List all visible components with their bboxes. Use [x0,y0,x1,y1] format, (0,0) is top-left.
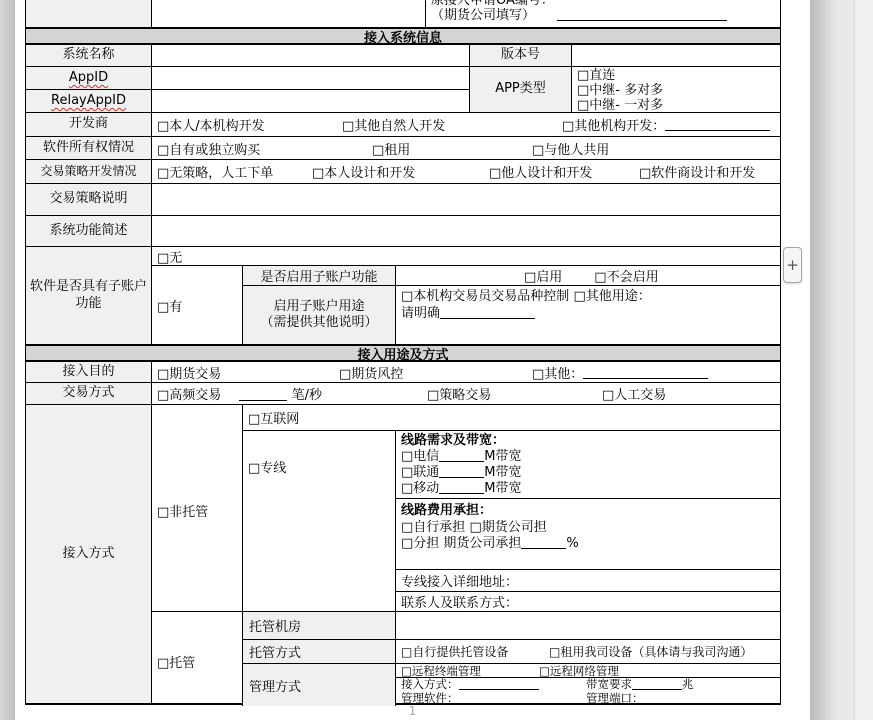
checkbox-internet[interactable]: □互联网 [243,405,780,430]
appid-label: AppID [69,70,108,86]
bandwidth-title: 线路需求及带宽： [401,433,780,449]
system-name-label: 系统名称 [26,45,151,66]
subaccount-enable-row: 是否启用子账户功能 □启用 □不会启用 [243,266,780,286]
leased-address-cell[interactable]: 专线接入详细地址： [396,570,780,592]
checkbox-trader-product-control[interactable]: □本机构交易员交易品种控制 [401,288,569,305]
subaccount-content: □无 □有 是否启用子账户功能 □启用 □不会启用 [151,247,780,344]
purpose-label-line2: （需提供其他说明） [260,315,377,331]
checkbox-leased-line[interactable]: □专线 [243,431,395,611]
blank-line[interactable] [439,449,484,462]
document-viewer: 原接入申请OA编号： （期货公司填写） 接入系统信息 系统名称 版本号 [0,0,873,720]
ownership-label: 软件所有权情况 [26,137,151,159]
cost-cell: 线路费用承担： □自行承担 □期货公司担 □分担 期货公司承担% [396,499,780,570]
bandwidth-unit: M带宽 [484,465,521,480]
blank-line[interactable] [439,481,484,494]
row-strategy-desc: 交易策略说明 [26,184,780,216]
checkbox-subaccount-has[interactable]: □有 [152,266,242,344]
trade-mode-options: □高频交易 笔/秒 □策略交易 □人工交易 [151,383,780,404]
prev-empty-cell[interactable] [151,0,425,27]
hosting-room-row: 托管机房 [243,612,780,640]
mgmt-bandwidth-label: 带宽要求 [586,677,632,691]
contact-cell[interactable]: 联系人及联系方式： [396,592,780,611]
enable-options-cell: □启用 □不会启用 [395,266,780,285]
subaccount-purpose-row: 启用子账户用途 （需提供其他说明） □本机构交易员交易品种控制 □其他用途： 请… [243,286,780,344]
version-label: 版本号 [469,45,571,66]
checkbox-other-purpose[interactable]: □其他用途： [573,288,650,305]
checkbox-strategy-trading[interactable]: □策略交易 [427,384,602,403]
appid-value-cell[interactable] [151,67,469,89]
strategy-desc-label: 交易策略说明 [26,184,151,215]
checkbox-other-org-developed[interactable]: □其他机构开发： [562,115,665,134]
hosting-mode-label: 托管方式 [243,640,395,663]
access-purpose-label: 接入目的 [26,362,151,382]
mgmt-software-label: 管理软件： [401,691,459,705]
leased-line-detail: 线路需求及带宽： □电信M带宽 □联通M带宽 □移动M带宽 线路费用承担： □自… [395,431,780,611]
management-mode-label: 管理方式 [243,664,395,706]
internet-row: □互联网 [243,405,780,431]
checkbox-futures-risk-control[interactable]: □期货风控 [339,363,532,382]
contact-label: 联系人及联系方式： [401,592,518,611]
checkbox-self-bear[interactable]: □自行承担 [401,520,465,537]
appid-subrows: AppID RelayAppID [26,67,469,112]
relayappid-label: RelayAppID [51,93,126,109]
subaccount-detail: 是否启用子账户功能 □启用 □不会启用 启用子账户用途 （需提供其他说明） [242,266,780,344]
relayappid-label-cell: RelayAppID [26,90,151,112]
row-relayappid: RelayAppID [26,90,469,112]
hosting-mode-options: □自行提供托管设备 □租用我司设备（具体请与我司沟通） [395,640,780,663]
checkbox-self-developed[interactable]: □本人/本机构开发 [157,115,342,134]
document-page: 原接入申请OA编号： （期货公司填写） 接入系统信息 系统名称 版本号 [15,0,810,720]
row-appid-block: AppID RelayAppID APP类型 □直连 □中继- 多对多 [26,67,780,113]
mgmt-bandwidth-unit: 兆 [682,677,694,691]
developer-options-cell: □本人/本机构开发 □其他自然人开发 □其他机构开发： [151,113,780,136]
checkbox-non-hosted[interactable]: □非托管 [152,405,242,611]
checkbox-rent-equipment[interactable]: □租用我司设备（具体请与我司沟通） [549,643,752,660]
checkbox-high-frequency[interactable]: □高频交易 笔/秒 [157,384,427,403]
developer-label: 开发商 [26,113,151,136]
management-access-line: 接入方式： 带宽要求兆 [396,678,780,690]
please-specify-label: 请明确 [401,306,440,321]
version-value-cell[interactable] [571,45,780,66]
system-name-value-cell[interactable] [151,45,469,66]
checkbox-unicom[interactable]: □联通 [401,465,439,481]
row-access-mode: 接入方式 □非托管 □互联网 □专线 [26,405,780,703]
apptype-options-cell: □直连 □中继- 多对多 □中继- 一对多 [571,67,780,112]
hosted-section: □托管 托管机房 托管方式 □自行提供托管设备 □租用我司设备（具体请与我司沟通 [152,612,780,706]
checkbox-other-purpose[interactable]: □其他： [532,363,583,382]
checkbox-no-strategy[interactable]: □无策略，人工下单 [157,162,312,181]
apptype-label: APP类型 [469,67,571,112]
section-title: 接入系统信息 [364,27,442,46]
mgmt-port-label: 管理端口： [586,691,644,705]
access-purpose-options: □期货交易 □期货风控 □其他： [151,362,780,382]
non-hosted-section: □非托管 □互联网 □专线 线路需求及带宽： □电信M带宽 [152,405,780,612]
add-row-button[interactable]: + [783,247,802,283]
checkbox-strategy-self-designed[interactable]: □本人设计和开发 [312,162,489,181]
row-system-function: 系统功能简述 [26,216,780,247]
blank-line[interactable] [644,694,704,704]
checkbox-shared[interactable]: □与他人共用 [532,139,609,158]
prev-label-cell[interactable] [26,0,151,27]
checkbox-rented[interactable]: □租用 [372,139,532,158]
row-subaccount: 软件是否具有子账户功能 □无 □有 是否启用子账户功能 □启用 □不会启用 [26,247,780,344]
system-function-label: 系统功能简述 [26,216,151,246]
row-strategy-dev: 交易策略开发情况 □无策略，人工下单 □本人设计和开发 □他人设计和开发 □软件… [26,160,780,184]
hosting-room-label: 托管机房 [243,612,395,639]
blank-line[interactable] [521,536,566,549]
leased-line-row: □专线 线路需求及带宽： □电信M带宽 □联通M带宽 □移动M带宽 [243,431,780,611]
section-title: 接入用途及方式 [357,344,448,363]
checkbox-own-equipment[interactable]: □自行提供托管设备 [401,643,549,660]
trade-mode-label: 交易方式 [26,383,151,404]
non-hosted-detail: □互联网 □专线 线路需求及带宽： □电信M带宽 □联通M带宽 □移动M带宽 [242,405,780,611]
subaccount-has-row: □有 是否启用子账户功能 □启用 □不会启用 [152,266,780,344]
leased-address-label: 专线接入详细地址： [401,571,518,590]
page-left-margin [0,0,15,720]
oa-number-label: 原接入申请OA编号： [431,0,780,8]
access-mode-content: □非托管 □互联网 □专线 线路需求及带宽： □电信M带宽 [151,405,780,703]
strategy-dev-label: 交易策略开发情况 [26,160,151,183]
checkbox-futures-trading[interactable]: □期货交易 [157,363,339,382]
page-right-shadow [810,0,838,720]
mgmt-access-label: 接入方式： [401,677,459,691]
access-mode-label: 接入方式 [26,405,151,703]
hosted-detail: 托管机房 托管方式 □自行提供托管设备 □租用我司设备（具体请与我司沟通） [242,612,780,706]
appid-label-cell: AppID [26,67,151,89]
cost-title: 线路费用承担： [401,503,780,520]
checkbox-shared-cost[interactable]: □分担 期货公司承担 [401,536,521,553]
blank-line[interactable] [440,306,535,319]
previous-row-partial: 原接入申请OA编号： （期货公司填写） [26,0,780,27]
management-mode-row: 管理方式 □远程终端管理 □远程网络管理 接入方式： [243,664,780,706]
checkbox-hosted[interactable]: □托管 [152,612,242,706]
relayappid-value-cell[interactable] [151,90,469,112]
checkbox-strategy-others-designed[interactable]: □他人设计和开发 [489,162,639,181]
checkbox-relay-many-to-many[interactable]: □中继- 多对多 [577,83,663,98]
blank-line[interactable] [557,8,727,21]
system-function-value-cell[interactable] [151,216,780,246]
row-access-purpose: 接入目的 □期货交易 □期货风控 □其他： [26,362,780,383]
section-header-usage: 接入用途及方式 [26,344,780,362]
row-appid: AppID [26,67,469,90]
enable-subaccount-label: 是否启用子账户功能 [243,266,395,285]
blank-line[interactable] [632,680,682,690]
strategy-dev-options-cell: □无策略，人工下单 □本人设计和开发 □他人设计和开发 □软件商设计和开发 [151,160,780,183]
high-frequency-label: □高频交易 [157,388,221,403]
row-ownership: 软件所有权情况 □自有或独立购买 □租用 □与他人共用 [26,137,780,160]
bandwidth-cell: 线路需求及带宽： □电信M带宽 □联通M带宽 □移动M带宽 [396,431,780,499]
vertical-scrollbar[interactable] [854,0,873,720]
prev-oa-cell[interactable]: 原接入申请OA编号： （期货公司填写） [425,0,780,27]
checkbox-enable[interactable]: □启用 [524,266,562,285]
bandwidth-unit: M带宽 [484,449,521,464]
hosting-room-value-cell[interactable] [395,612,780,639]
subaccount-purpose-options: □本机构交易员交易品种控制 □其他用途： 请明确 [395,286,780,344]
checkbox-strategy-vendor-designed[interactable]: □软件商设计和开发 [639,162,755,181]
bandwidth-unit: M带宽 [484,481,521,496]
blank-line[interactable] [439,465,484,478]
checkbox-futures-company-bear[interactable]: □期货公司担 [469,520,546,537]
blank-line[interactable] [239,388,287,401]
checkbox-subaccount-none[interactable]: □无 [152,247,780,265]
strategy-desc-value-cell[interactable] [151,184,780,215]
subaccount-none-row: □无 [152,247,780,266]
checkbox-will-not-enable[interactable]: □不会启用 [594,266,658,285]
per-second-unit: 笔/秒 [292,388,322,403]
checkbox-owned-or-purchased[interactable]: □自有或独立购买 [157,139,372,158]
blank-line[interactable] [665,118,770,131]
row-trade-mode: 交易方式 □高频交易 笔/秒 □策略交易 □人工交易 [26,383,780,405]
checkbox-other-person-developed[interactable]: □其他自然人开发 [342,115,562,134]
checkbox-direct-connect[interactable]: □直连 [577,68,615,83]
checkbox-mobile[interactable]: □移动 [401,481,439,497]
oa-filled-by-label: （期货公司填写） [431,8,535,23]
management-mode-content: □远程终端管理 □远程网络管理 接入方式： 带宽要求兆 [395,664,780,706]
row-system-name: 系统名称 版本号 [26,45,780,67]
checkbox-manual-trading[interactable]: □人工交易 [602,384,666,403]
blank-line[interactable] [583,366,708,379]
row-developer: 开发商 □本人/本机构开发 □其他自然人开发 □其他机构开发： [26,113,780,137]
purpose-label-line1: 启用子账户用途 [273,299,364,315]
section-header-system-info: 接入系统信息 [26,27,780,45]
page-number: 1 [15,704,810,718]
percent-unit: % [566,536,578,551]
ownership-options-cell: □自有或独立购买 □租用 □与他人共用 [151,137,780,159]
subaccount-purpose-label-cell: 启用子账户用途 （需提供其他说明） [243,286,395,344]
subaccount-label: 软件是否具有子账户功能 [26,247,151,344]
hosting-mode-row: 托管方式 □自行提供托管设备 □租用我司设备（具体请与我司沟通） [243,640,780,664]
blank-line[interactable] [459,680,539,690]
access-application-form-table: 原接入申请OA编号： （期货公司填写） 接入系统信息 系统名称 版本号 [25,0,781,705]
checkbox-relay-one-to-many[interactable]: □中继- 一对多 [577,98,663,113]
blank-line[interactable] [459,694,539,704]
checkbox-telecom[interactable]: □电信 [401,449,439,465]
